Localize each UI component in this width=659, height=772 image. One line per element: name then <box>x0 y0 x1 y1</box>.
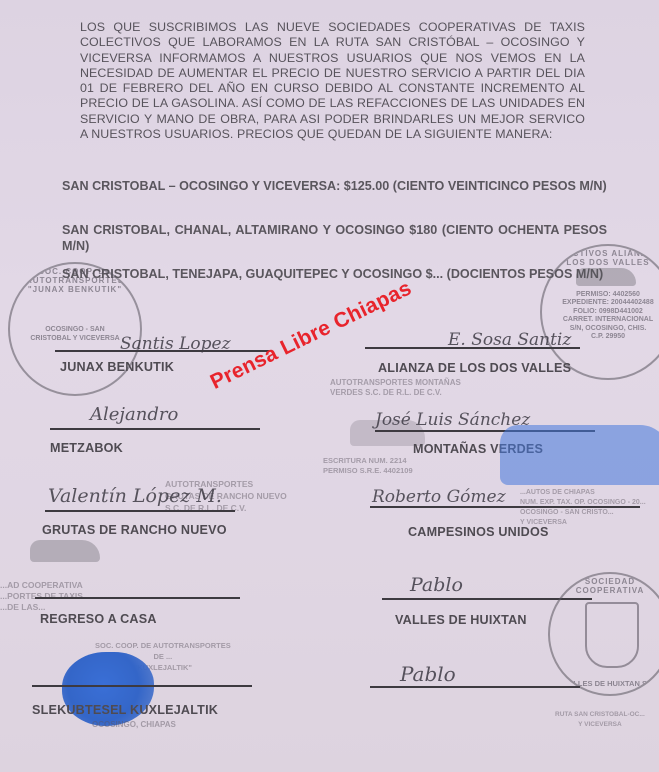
car-icons <box>30 540 100 562</box>
intro-paragraph: LOS QUE SUSCRIBIMOS LAS NUEVE SOCIEDADES… <box>80 20 585 142</box>
signature-metzabok: Alejandro <box>90 404 178 425</box>
huixtan-stamp-text: RUTA SAN CRISTOBAL-OC... Y VICEVERSA <box>555 710 645 730</box>
slekubtesel-location: OCOSINGO, CHIAPAS <box>92 720 176 730</box>
signature-line-alianza <box>365 347 580 349</box>
signature-montanas: José Luis Sánchez <box>375 410 530 430</box>
blue-car-stamp <box>500 425 659 485</box>
car-icon <box>576 268 636 286</box>
alianza-stamp: COLECTIVOS ALIANZA DE LOS DOS VALLES PER… <box>540 244 659 380</box>
coop-grutas-rancho-nuevo: GRUTAS DE RANCHO NUEVO <box>42 523 227 537</box>
montanas-escritura: ESCRITURA NUM. 2214 PERMISO S.R.E. 44021… <box>323 456 413 476</box>
document-page: LOS QUE SUSCRIBIMOS LAS NUEVE SOCIEDADES… <box>0 0 659 772</box>
coop-metzabok: METZABOK <box>50 441 123 455</box>
coat-of-arms-icon <box>585 602 639 668</box>
signature-line-junax <box>55 350 270 352</box>
signature-line-slekubtesel <box>32 685 252 687</box>
signature-line-regreso <box>35 597 240 599</box>
coop-junax-benkutik: JUNAX BENKUTIK <box>60 360 174 374</box>
huixtan-stamp: SOCIEDAD COOPERATIVA VALLES DE HUIXTAN S… <box>548 572 659 696</box>
signature-slekubtesel-right: Pablo <box>400 662 456 686</box>
signature-huixtan: Pablo <box>410 574 463 596</box>
signature-line-grutas <box>45 510 235 512</box>
junax-stamp: SOC. COOP. DE AUTOTRANSPORTES "JUNAX BEN… <box>8 262 142 396</box>
coop-slekubtesel-kuxlejaltik: SLEKUBTESEL KUXLEJALTIK <box>32 703 218 717</box>
signature-line-right-bottom <box>370 686 580 688</box>
campesinos-stamp-text: ...AUTOS DE CHIAPAS NUM. EXP. TAX. OP. O… <box>520 488 646 528</box>
signature-line-metzabok <box>50 428 260 430</box>
signature-campesinos: Roberto Gómez <box>372 487 506 507</box>
price-line-1: SAN CRISTOBAL – OCOSINGO Y VICEVERSA: $1… <box>62 178 607 194</box>
coop-regreso-a-casa: REGRESO A CASA <box>40 612 157 626</box>
coop-valles-de-huixtan: VALLES DE HUIXTAN <box>395 613 527 627</box>
price-line-3: SAN CRISTOBAL, TENEJAPA, GUAQUITEPEC Y O… <box>62 266 607 282</box>
coop-alianza-dos-valles: ALIANZA DE LOS DOS VALLES <box>378 361 571 375</box>
signature-grutas: Valentín López M. <box>48 485 222 507</box>
montanas-stamp-text: AUTOTRANSPORTES MONTAÑAS VERDES S.C. DE … <box>330 378 461 398</box>
price-line-2: SAN CRISTOBAL, CHANAL, ALTAMIRANO Y OCOS… <box>62 222 607 254</box>
